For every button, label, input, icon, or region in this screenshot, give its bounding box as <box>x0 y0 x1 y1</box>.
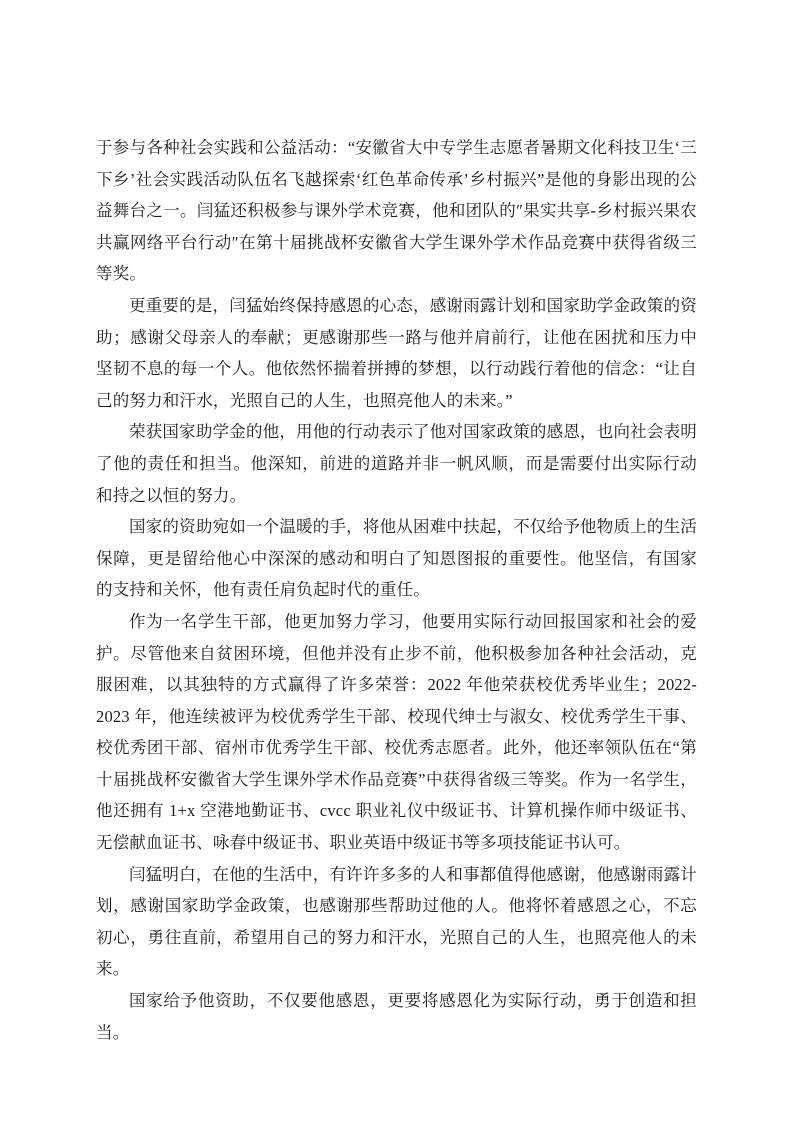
paragraph: 更重要的是，闫猛始终保持感恩的心态，感谢雨露计划和国家助学金政策的资助；感谢父母… <box>96 290 697 416</box>
document-body: 于参与各种社会实践和公益活动：“安徽省大中专学生志愿者暑期文化科技卫生‘三下乡’… <box>96 132 697 1048</box>
paragraph: 闫猛明白，在他的生活中，有许许多多的人和事都值得他感谢，他感谢雨露计划，感谢国家… <box>96 859 697 985</box>
paragraph: 荣获国家助学金的他，用他的行动表示了他对国家政策的感恩，也向社会表明了他的责任和… <box>96 416 697 511</box>
paragraph: 国家给予他资助，不仅要他感恩，更要将感恩化为实际行动，勇于创造和担当。 <box>96 985 697 1048</box>
paragraph: 于参与各种社会实践和公益活动：“安徽省大中专学生志愿者暑期文化科技卫生‘三下乡’… <box>96 132 697 290</box>
paragraph: 作为一名学生干部，他更加努力学习，他要用实际行动回报国家和社会的爱护。尽管他来自… <box>96 606 697 859</box>
document-page: 于参与各种社会实践和公益活动：“安徽省大中专学生志愿者暑期文化科技卫生‘三下乡’… <box>0 0 793 1122</box>
paragraph: 国家的资助宛如一个温暖的手，将他从困难中扶起，不仅给予他物质上的生活保障，更是留… <box>96 511 697 606</box>
